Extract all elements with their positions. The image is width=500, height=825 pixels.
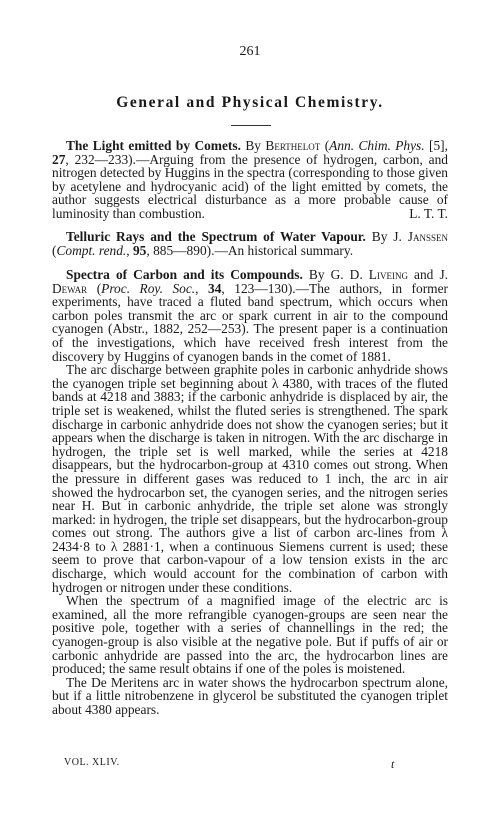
- article-comets: The Light emitted by Comets. By Berthelo…: [52, 139, 448, 221]
- article-text: An historical summary.: [228, 243, 353, 258]
- signature-mark: t: [391, 757, 394, 772]
- section-title: General and Physical Chemistry.: [0, 94, 500, 112]
- article-paragraph: The De Meritens arc in water shows the h…: [52, 676, 448, 717]
- volume: 95: [133, 243, 146, 258]
- volume-footer: VOL. XLIV.: [64, 757, 120, 768]
- author: Janssen: [408, 229, 448, 244]
- article-telluric: Telluric Rays and the Spectrum of Water …: [52, 230, 448, 257]
- journal: Compt. rend.: [56, 243, 126, 258]
- article-paragraph: When the spectrum of a magnified image o…: [52, 594, 448, 676]
- initials: L. T. T.: [395, 207, 448, 221]
- article-paragraph: The Light emitted by Comets. By Berthelo…: [52, 139, 448, 221]
- article-paragraph: Telluric Rays and the Spectrum of Water …: [52, 230, 448, 257]
- article-paragraph: Spectra of Carbon and its Compounds. By …: [52, 268, 448, 363]
- page-number: 261: [0, 44, 500, 60]
- article-carbon-spectra: Spectra of Carbon and its Compounds. By …: [52, 268, 448, 717]
- article-paragraph: The arc discharge between graphite poles…: [52, 363, 448, 594]
- title-rule: [231, 125, 271, 126]
